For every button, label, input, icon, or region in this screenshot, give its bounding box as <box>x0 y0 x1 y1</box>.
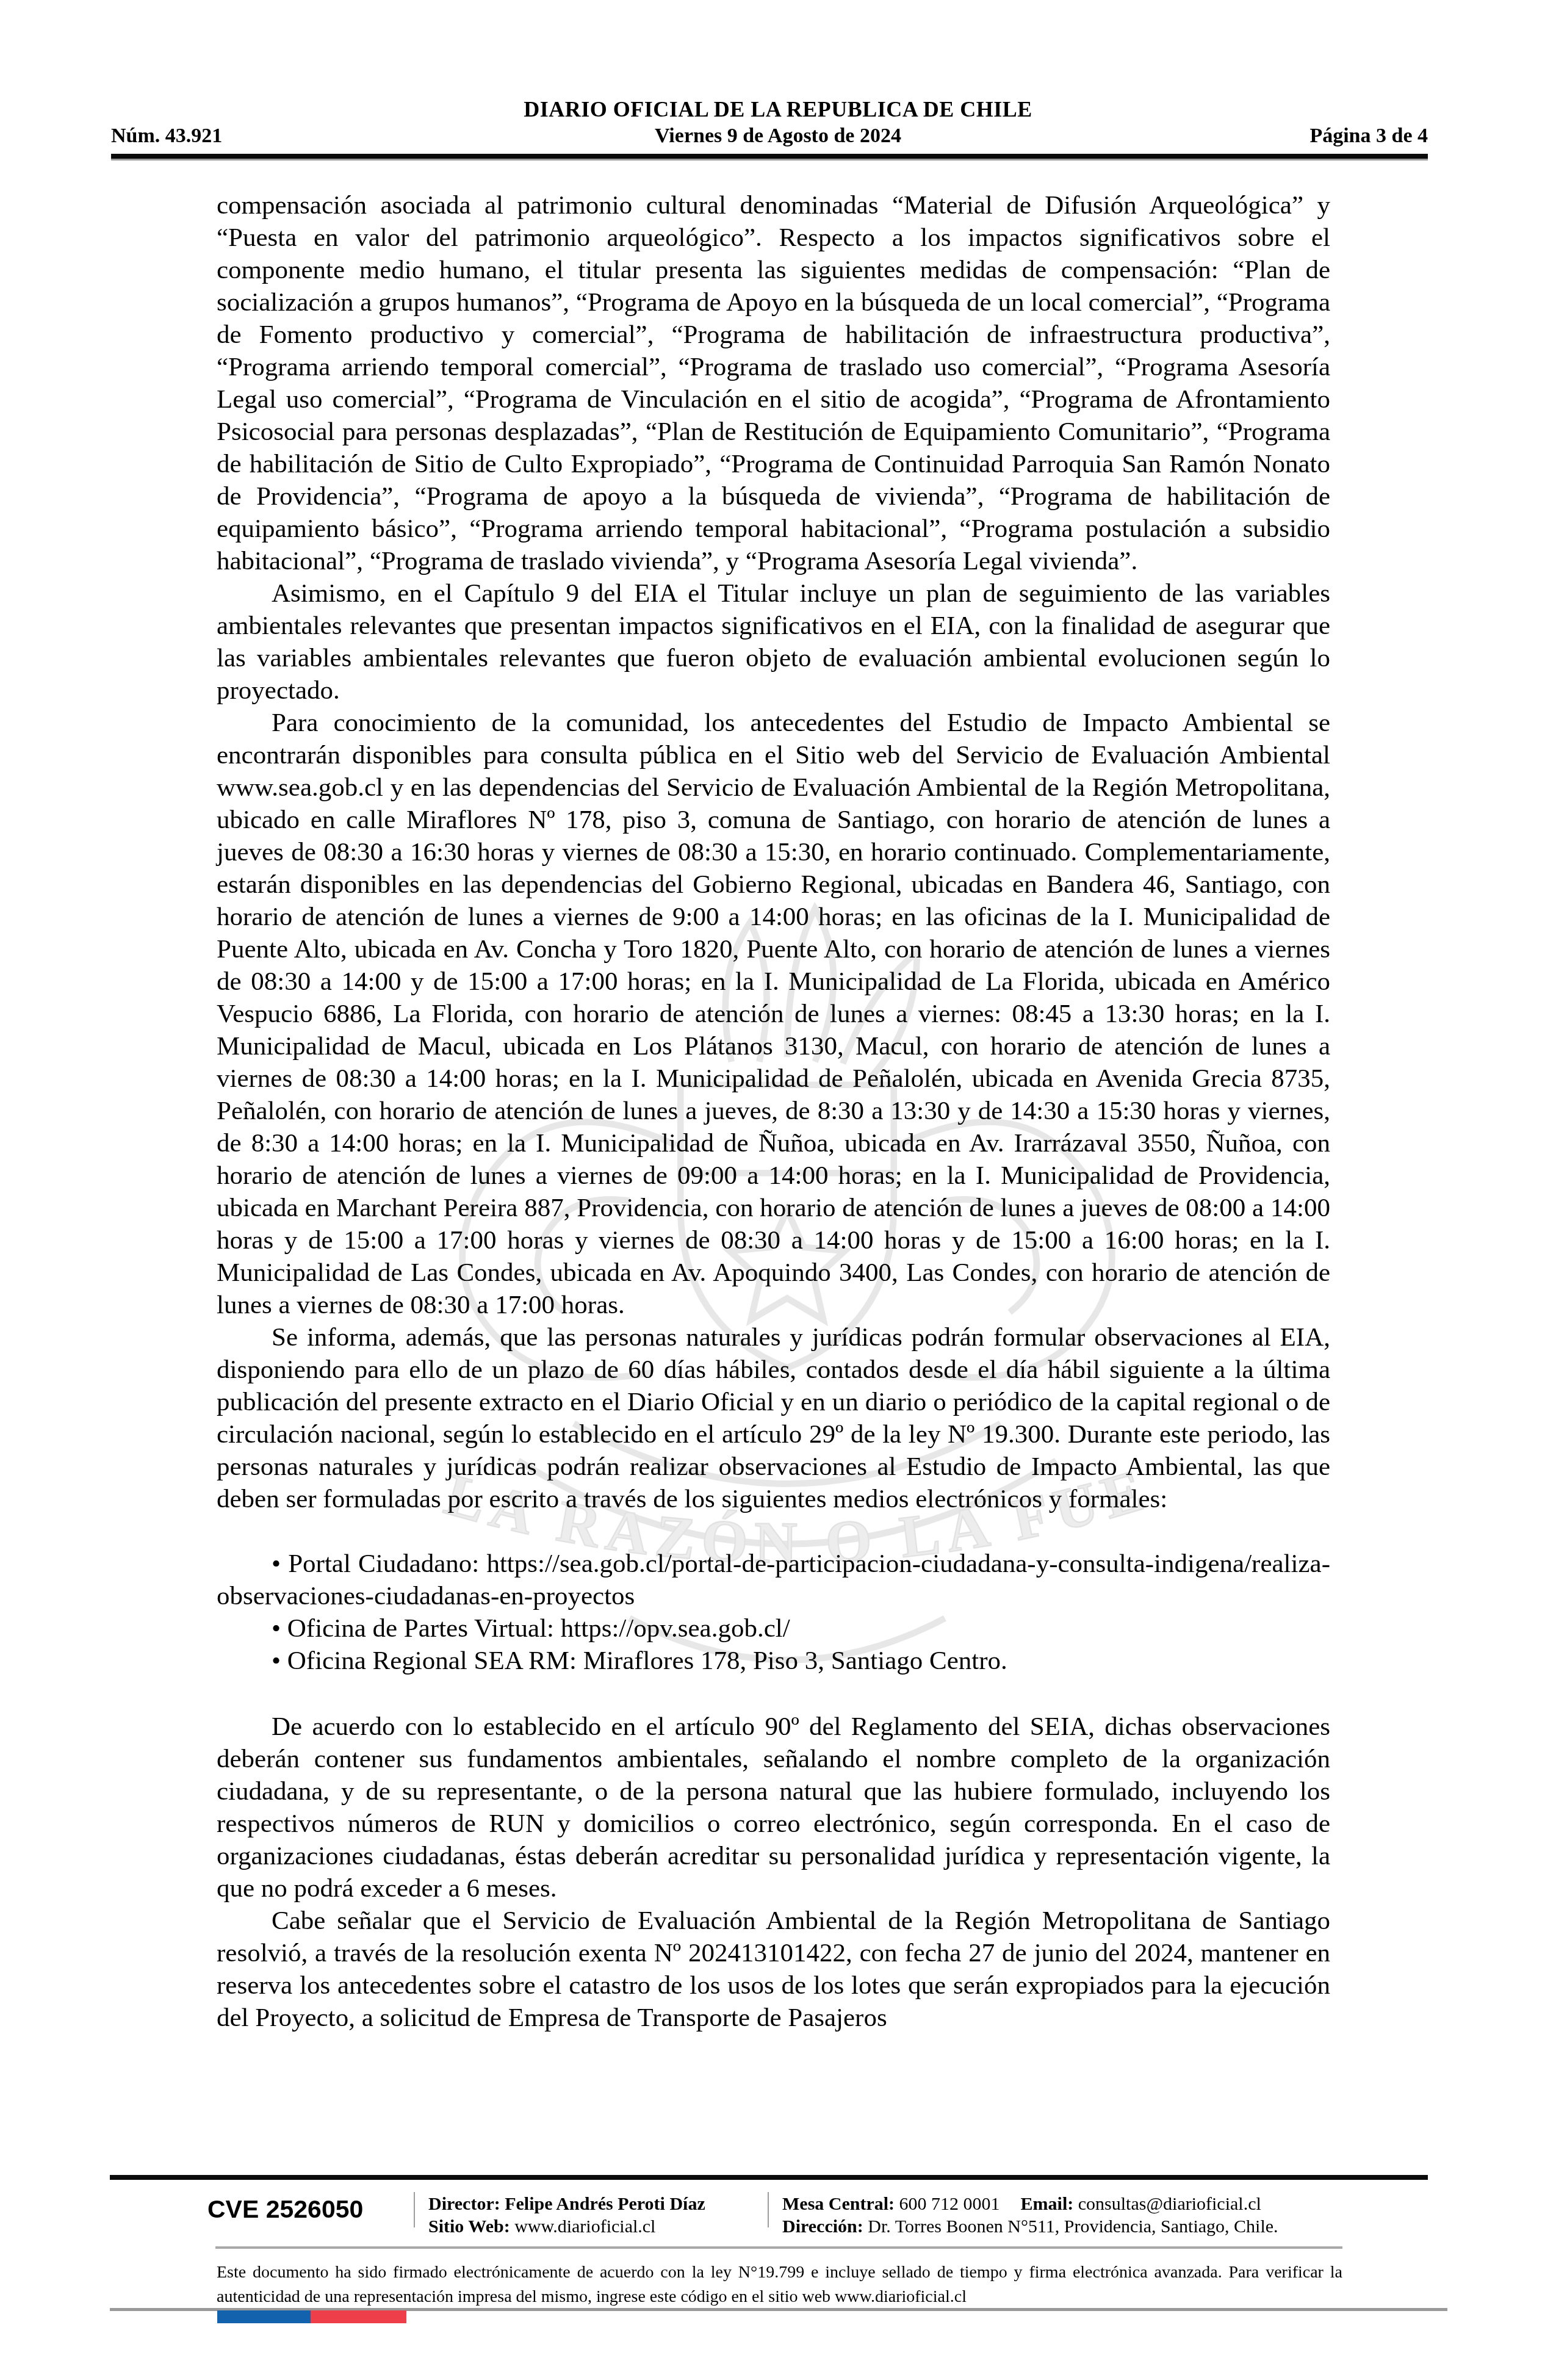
direccion-line: Dirección: Dr. Torres Boonen N°511, Prov… <box>782 2215 1278 2238</box>
direccion-label: Dirección: <box>782 2216 863 2237</box>
footer-divider <box>414 2192 415 2227</box>
email-value: consultas@diarioficial.cl <box>1078 2194 1261 2214</box>
header-rule <box>111 154 1428 160</box>
flag-red-segment <box>311 2310 406 2323</box>
flag-blue-segment <box>217 2310 311 2323</box>
director-label: Director: <box>428 2194 500 2214</box>
footer-top-rule <box>110 2175 1428 2180</box>
page-indicator: Página 3 de 4 <box>1309 124 1428 148</box>
mesa-central-value: 600 712 0001 <box>899 2194 1000 2214</box>
body-paragraph: compensación asociada al patrimonio cult… <box>217 189 1330 577</box>
email-label: Email: <box>1021 2194 1074 2214</box>
director-value: Felipe Andrés Peroti Díaz <box>505 2194 705 2214</box>
sitio-web-value: www.diarioficial.cl <box>514 2216 655 2237</box>
masthead-title: DIARIO OFICIAL DE LA REPUBLICA DE CHILE <box>0 96 1556 122</box>
body-paragraph: De acuerdo con lo establecido en el artí… <box>217 1711 1330 1905</box>
footer-contact-cell: Mesa Central: 600 712 0001Email: consult… <box>782 2193 1278 2238</box>
body-paragraph: Cabe señalar que el Servicio de Evaluaci… <box>217 1905 1330 2034</box>
footer-divider <box>768 2192 769 2227</box>
bullet-item: • Oficina de Partes Virtual: https://opv… <box>217 1612 1330 1645</box>
director-line: Director: Felipe Andrés Peroti Díaz <box>428 2193 705 2215</box>
document-body: compensación asociada al patrimonio cult… <box>217 189 1330 2034</box>
chile-flag-bar <box>217 2310 406 2323</box>
direccion-value: Dr. Torres Boonen N°511, Providencia, Sa… <box>868 2216 1278 2237</box>
footer-director-cell: Director: Felipe Andrés Peroti Díaz Siti… <box>428 2193 705 2238</box>
bullet-item: • Oficina Regional SEA RM: Miraflores 17… <box>217 1645 1330 1677</box>
body-paragraph: Se informa, además, que las personas nat… <box>217 1321 1330 1515</box>
legal-notice: Este documento ha sido firmado electróni… <box>217 2260 1342 2309</box>
footer-middle-rule <box>215 2246 1342 2249</box>
bullet-item: • Portal Ciudadano: https://sea.gob.cl/p… <box>217 1548 1330 1612</box>
sitio-web-label: Sitio Web: <box>428 2216 510 2237</box>
cve-code: CVE 2526050 <box>207 2190 410 2229</box>
body-paragraph: Asimismo, en el Capítulo 9 del EIA el Ti… <box>217 577 1330 707</box>
mesa-central-label: Mesa Central: <box>782 2194 895 2214</box>
gazette-page: POR LA RAZÓN O LA FUERZA DIARIO OFICIAL … <box>0 0 1556 2380</box>
body-paragraph: Para conocimiento de la comunidad, los a… <box>217 707 1330 1321</box>
mesa-central-line: Mesa Central: 600 712 0001Email: consult… <box>782 2193 1278 2215</box>
sitio-web-line: Sitio Web: www.diarioficial.cl <box>428 2215 705 2238</box>
